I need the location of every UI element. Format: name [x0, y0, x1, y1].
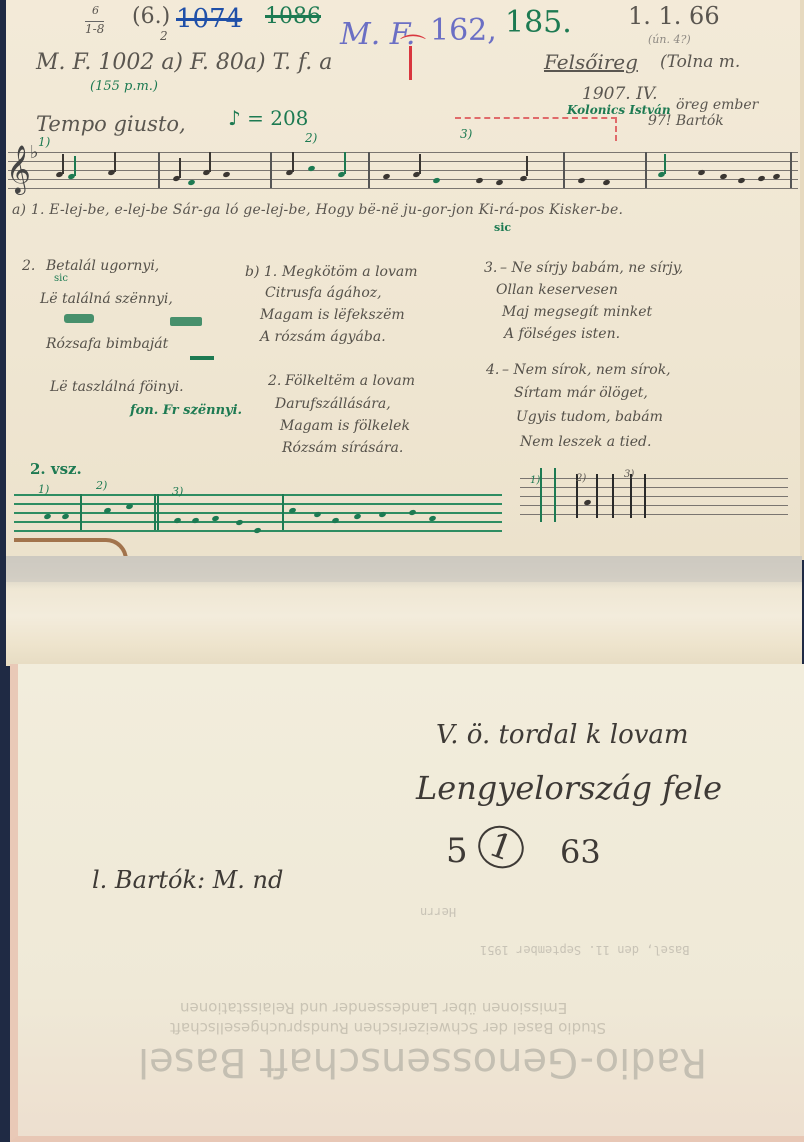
- mf-sub: (155 p.m.): [90, 80, 158, 93]
- tape-shadow: [6, 556, 802, 582]
- staff3-marker-1: 1): [530, 476, 540, 486]
- verse-4-line-2: Sírtam már ölöget,: [514, 383, 648, 405]
- verse-2-line-4: Lë taszlálná föinyi.: [50, 377, 184, 399]
- red-dashed-bracket: [455, 117, 617, 141]
- letterhead-title: Radio-Genossenschaft Basel: [138, 1042, 707, 1082]
- verse-4-line-3: Ugyis tudom, babám: [516, 407, 663, 429]
- verse-b1-line-3: Magam is lëfekszëm: [260, 305, 405, 327]
- note-compare: V. ö. tordal k lovam: [436, 722, 689, 748]
- typed-line-faint-3: Herrn: [420, 905, 456, 919]
- staff1-marker-2: 2): [305, 132, 317, 144]
- verse-b1-label: b) 1.: [245, 262, 277, 284]
- verse-b2-line-2: Darufszállására,: [275, 394, 391, 416]
- sic-mark: sic: [494, 222, 511, 233]
- verse-2-footnote: fon. Fr szënnyi.: [130, 404, 242, 417]
- fraction-bottom: 1-8: [85, 21, 104, 35]
- verse-4-line-1: – Nem sírok, nem sírok,: [502, 360, 671, 382]
- county: (Tolna m.: [660, 54, 740, 71]
- crossed-number-2: 1086: [265, 6, 321, 28]
- green-note-correction-2: [170, 317, 202, 326]
- verse-2-label: 2.: [22, 256, 35, 278]
- tempo: Tempo giusto,: [36, 114, 186, 135]
- verse-b1-line-1: Megkötöm a lovam: [282, 262, 418, 284]
- verse-b2-line-4: Rózsám sírására.: [282, 438, 403, 460]
- date: 1907. IV.: [582, 86, 658, 103]
- subscript-number: 2: [160, 30, 168, 42]
- signature-note: l. Bartók: M. nd: [92, 868, 283, 892]
- staff2-marker-2: 2): [96, 480, 107, 491]
- note-number-b: 63: [560, 836, 601, 868]
- verse-4-line-4: Nem leszek a tied.: [520, 432, 651, 454]
- archive-ref-green: 185.: [505, 8, 572, 38]
- verse-b2-label: 2.: [268, 371, 281, 393]
- verse-2-sic: sic: [54, 274, 68, 284]
- catalog-number: 1. 1. 66: [628, 4, 720, 28]
- staff2-marker-3: 3): [172, 486, 183, 497]
- treble-clef-icon: 𝄞: [6, 148, 31, 190]
- verse-2-line-2: Lë találná szënnyi,: [40, 289, 173, 311]
- verse-4-label: 4.: [486, 360, 499, 382]
- letterhead-subtitle-1: Studio Basel der Schweizerischen Rundspr…: [170, 1020, 606, 1035]
- note-number-a: 5: [446, 834, 468, 868]
- music-staff-1: 𝄞 ♭: [8, 152, 798, 192]
- verse-b1-line-4: A rózsám ágyába.: [260, 327, 386, 349]
- green-note-correction-3: [190, 356, 214, 360]
- staff1-marker-3: 3): [460, 128, 472, 140]
- note-location: Lengyelország fele: [416, 772, 722, 804]
- staff3-marker-2: 2): [576, 474, 586, 484]
- verse-b2-line-3: Magam is fölkelek: [280, 416, 410, 438]
- sheet-edge: [800, 0, 804, 560]
- verse-3-label: 3.: [484, 258, 497, 280]
- mf-line: M. F. 1002 a) F. 80a) T. f. a: [36, 52, 332, 74]
- red-mark: ⌒: [400, 36, 426, 62]
- fraction-top: 6: [92, 5, 99, 16]
- singer-note: öreg ember: [676, 98, 758, 112]
- staff3-marker-3: 3): [624, 470, 634, 480]
- staff2-marker-1: 1): [38, 484, 49, 495]
- staff1-lyrics: a) 1. E-lej-be, e-lej-be Sár-ga ló ge-le…: [12, 203, 623, 217]
- verse-3-line-3: Maj megsegít minket: [502, 302, 652, 324]
- singer-age: 97! Bartók: [648, 114, 724, 128]
- music-staff-3: [520, 478, 788, 518]
- verse-3-line-2: Ollan keservesen: [496, 280, 618, 302]
- green-note-correction-1: [64, 314, 94, 323]
- staff2-label: 2. vsz.: [30, 462, 82, 477]
- verse-b2-line-1: Fölkeltëm a lovam: [285, 371, 415, 393]
- music-staff-2: [14, 494, 502, 534]
- typed-line-faint-2: Basel, den 11. September 1951: [480, 943, 690, 957]
- verse-3-line-4: A fölséges isten.: [504, 324, 620, 346]
- crossed-number-1: 1074: [176, 6, 242, 32]
- verse-b1-line-2: Citrusfa ágához,: [265, 283, 382, 305]
- letterhead-subtitle-2: Emissionen über Landessender und Relaiss…: [180, 1000, 567, 1015]
- catalog-sub: (ún. 4?): [648, 34, 691, 45]
- location: Felsőireg: [544, 52, 638, 72]
- verse-3-line-1: – Ne sírjy babám, ne sírjy,: [500, 258, 683, 280]
- tempo-marking: ♪ = 208: [228, 108, 308, 128]
- verse-2-line-3: Rózsafa bimbaját: [46, 334, 168, 356]
- red-mark-stem: [409, 46, 412, 80]
- archive-ref-blue: 162,: [430, 16, 497, 46]
- staff1-marker-1: 1): [38, 136, 50, 148]
- paren-number: (6.): [132, 6, 170, 28]
